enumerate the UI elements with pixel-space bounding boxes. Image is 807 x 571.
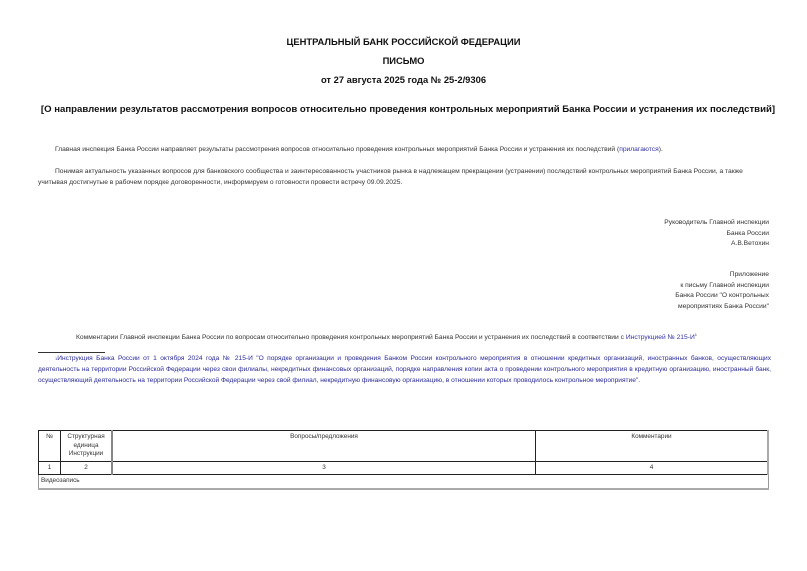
table-cell: 3 bbox=[112, 461, 536, 475]
paragraph-1-text: Главная инспекция Банка России направляе… bbox=[55, 146, 619, 153]
appendix-block: Приложение к письму Главной инспекции Ба… bbox=[675, 270, 769, 312]
appendix-line1: Приложение bbox=[675, 270, 769, 281]
appendix-title-text: Комментарии Главной инспекции Банка Росс… bbox=[76, 334, 626, 341]
appendix-line3: Банка России "О контрольных bbox=[675, 291, 769, 302]
paragraph-1-end: ). bbox=[659, 146, 663, 153]
footnote: 1Инструкция Банка России от 1 октября 20… bbox=[38, 353, 771, 387]
organization-title: ЦЕНТРАЛЬНЫЙ БАНК РОССИЙСКОЙ ФЕДЕРАЦИИ bbox=[0, 36, 807, 47]
signature-position-line2: Банка России bbox=[664, 229, 769, 240]
footnote-ref[interactable]: 1 bbox=[695, 332, 697, 337]
comments-table: № Структурная единица Инструкции Вопросы… bbox=[38, 430, 769, 490]
table-header-row: № Структурная единица Инструкции Вопросы… bbox=[39, 431, 769, 462]
document-subject: [О направлении результатов рассмотрения … bbox=[28, 104, 788, 115]
signature-position-line1: Руководитель Главной инспекции bbox=[664, 218, 769, 229]
header-structural-unit: Структурная единица Инструкции bbox=[61, 431, 113, 462]
paragraph-1: Главная инспекция Банка России направляе… bbox=[55, 145, 775, 156]
table-cell: 4 bbox=[536, 461, 769, 475]
signature-name: А.В.Ветохин bbox=[664, 239, 769, 250]
section-video-recording: Видеозапись bbox=[39, 475, 769, 489]
header-number: № bbox=[39, 431, 61, 462]
document-date-number: от 27 августа 2025 года № 25-2/9306 bbox=[0, 74, 807, 85]
signature-block: Руководитель Главной инспекции Банка Рос… bbox=[664, 218, 769, 250]
document-type: ПИСЬМО bbox=[0, 55, 807, 66]
table-section-row: Видеозапись bbox=[39, 475, 769, 489]
footnote-text[interactable]: Инструкция Банка России от 1 октября 202… bbox=[38, 355, 771, 384]
appendix-title: Комментарии Главной инспекции Банка Росс… bbox=[76, 332, 697, 341]
table-numbering-row: 1 2 3 4 bbox=[39, 461, 769, 475]
table-cell: 2 bbox=[61, 461, 113, 475]
appendix-line4: мероприятиях Банка России" bbox=[675, 302, 769, 313]
header-questions: Вопросы/предложения bbox=[112, 431, 536, 462]
instruction-link[interactable]: Инструкцией № 215-И bbox=[626, 334, 695, 341]
paragraph-2: Понимая актуальность указанных вопросов … bbox=[38, 167, 771, 188]
appendix-line2: к письму Главной инспекции bbox=[675, 281, 769, 292]
attachment-link[interactable]: прилагаются bbox=[619, 146, 659, 153]
header-comments: Комментарии bbox=[536, 431, 769, 462]
table-cell: 1 bbox=[39, 461, 61, 475]
